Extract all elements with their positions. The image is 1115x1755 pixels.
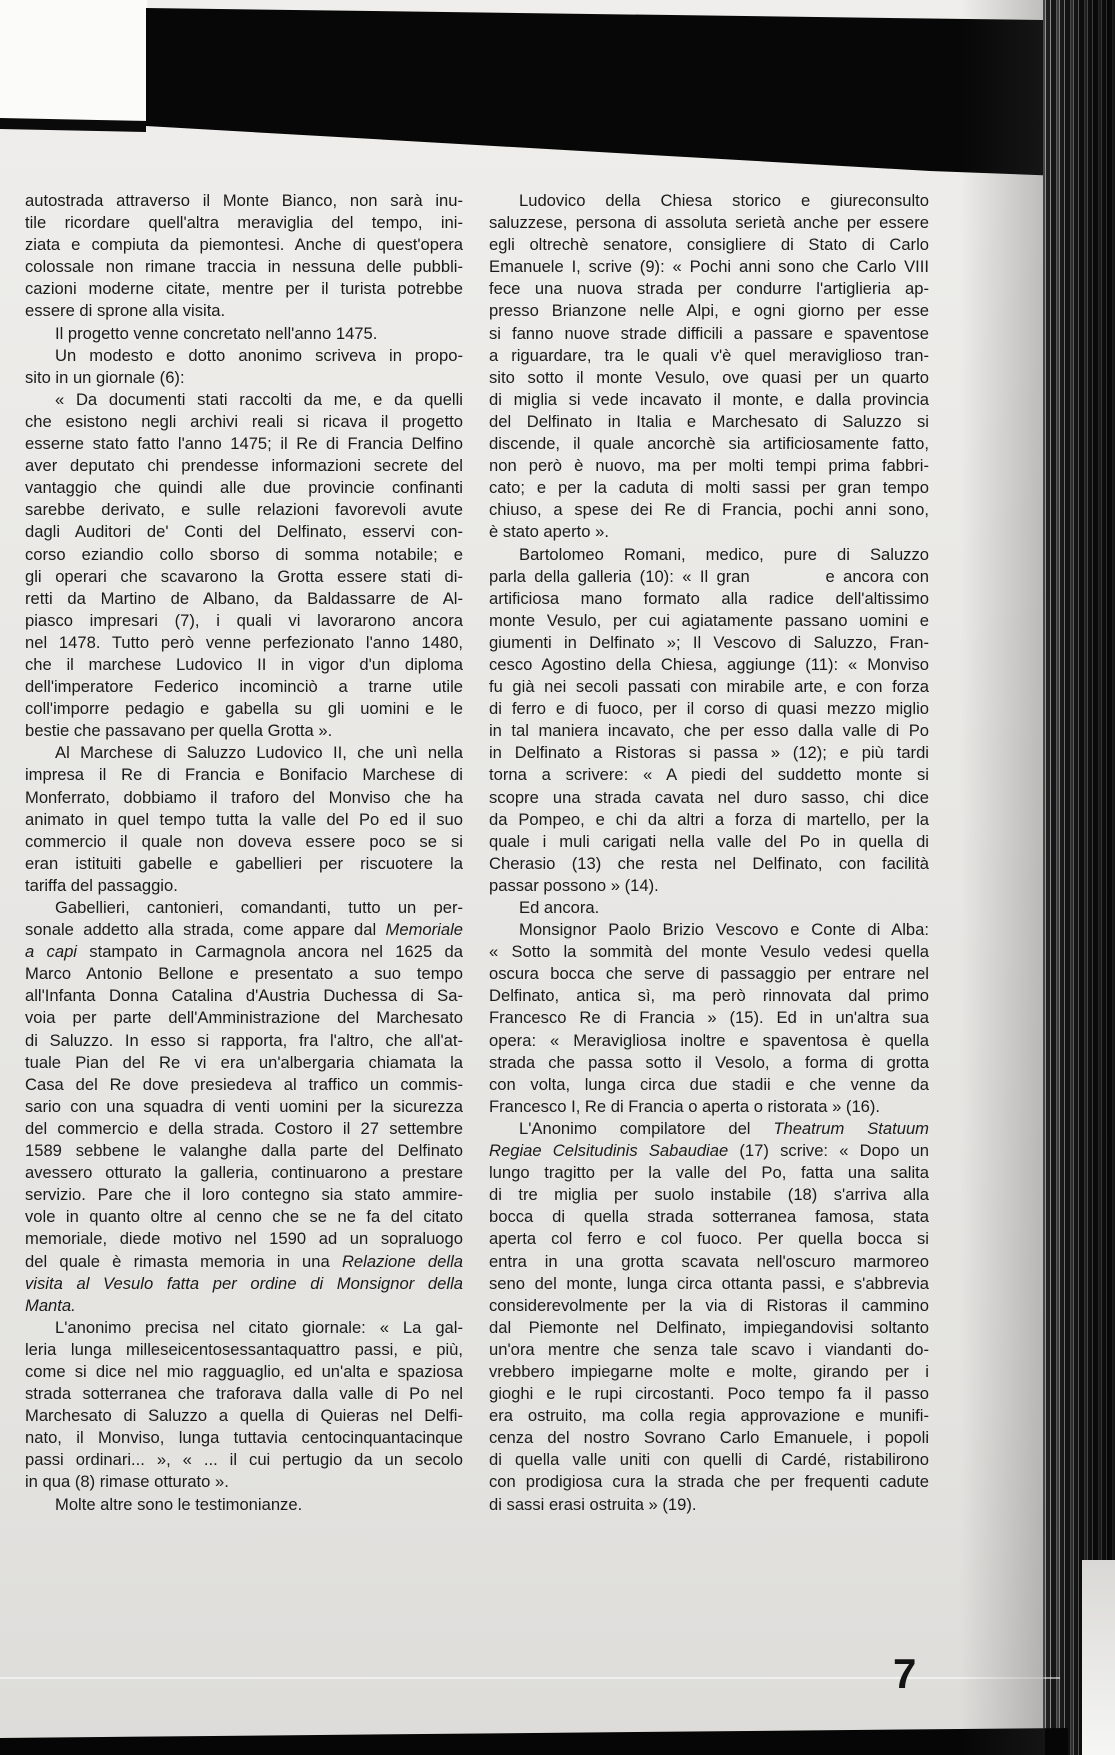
text-line: Un modesto e dotto anonimo scriveva in p…: [25, 345, 463, 367]
text-line: servizio. Pare che il loro contegno sia …: [25, 1184, 463, 1206]
text-line: in Delfinato a Ristoras si passa » (12);…: [489, 742, 929, 764]
text-line: non però è nuovo, ma per molti tempi pri…: [489, 455, 929, 477]
text-line: corso eziandio collo sborso di somma not…: [25, 544, 463, 566]
text-line: Il progetto venne concretato nell'anno 1…: [25, 323, 463, 345]
text-line: da Pompeo, e chi da altri a forza di mar…: [489, 809, 929, 831]
text-line: presso Brianzone nelle Alpi, e ogni gior…: [489, 300, 929, 322]
text-line: discende, il quale ancorchè sia artifici…: [489, 433, 929, 455]
text-line: del Delfinato in Italia e Marchesato di …: [489, 411, 929, 433]
text-line: Monferrato, dobbiamo il traforo del Monv…: [25, 787, 463, 809]
text-line: Ludovico della Chiesa storico e giurecon…: [489, 190, 929, 212]
text-line: Manta.: [25, 1295, 463, 1317]
text-line: che esistono negli archivi reali si rica…: [25, 411, 463, 433]
text-line: strada che passa sotto il Vesolo, a form…: [489, 1052, 929, 1074]
text-line: impresa il Re di Francia e Bonifacio Mar…: [25, 764, 463, 786]
text-line: di ferro e di fuoco, per il corso di qua…: [489, 698, 929, 720]
text-line: retti da Martino de Albano, da Baldassar…: [25, 588, 463, 610]
text-line: di quella valle uniti con quelli di Card…: [489, 1449, 929, 1471]
text-line: sito in un giornale (6):: [25, 367, 463, 389]
text-line: tile ricordare quell'altra meraviglia de…: [25, 212, 463, 234]
text-line: cesco Agostino della Chiesa, aggiunge (1…: [489, 654, 929, 676]
page-number: 7: [893, 1650, 917, 1698]
text-line: tariffa del passaggio.: [25, 875, 463, 897]
text-line: opera: « Meravigliosa inoltre e spavento…: [489, 1030, 929, 1052]
text-line: aperta col ferro e col fuoco. Per quella…: [489, 1228, 929, 1250]
text-line: essere di sprone alla visita.: [25, 300, 463, 322]
text-line: un'ora mentre che senza tale scavo i via…: [489, 1339, 929, 1361]
text-column-right: Ludovico della Chiesa storico e giurecon…: [489, 190, 929, 1516]
text-line: Casa del Re dove presiedeva al traffico …: [25, 1074, 463, 1096]
text-line: saluzzese, persona di assoluta serietà a…: [489, 212, 929, 234]
text-line: seno del monte, lunga circa ottanta pass…: [489, 1273, 929, 1295]
text-line: leria lunga milleseicentosessantaquattro…: [25, 1339, 463, 1361]
text-line: in tal maniera incavato, che per esso da…: [489, 720, 929, 742]
text-line: a riguardare, tra le quali v'è quel mera…: [489, 345, 929, 367]
text-line: chiuso, a spese dei Re di Francia, pochi…: [489, 499, 929, 521]
scan-top-left-margin: [0, 0, 147, 120]
text-line: con prodigiosa cura la strada che per fr…: [489, 1471, 929, 1493]
text-line: di sassi erasi ostruita » (19).: [489, 1494, 929, 1516]
text-line: con volta, lunga circa due stadii e che …: [489, 1074, 929, 1096]
text-line: animato in quel tempo tutta la valle del…: [25, 809, 463, 831]
text-line: all'Infanta Donna Catalina d'Austria Duc…: [25, 985, 463, 1007]
text-line: fu già nei secoli passati con mirabile a…: [489, 676, 929, 698]
text-line: si fanno nuove strade difficili a passar…: [489, 323, 929, 345]
text-line: bocca di quella strada sotterranea famos…: [489, 1206, 929, 1228]
scan-bottom-right-margin: [1082, 1560, 1115, 1755]
text-line: Francesco I, Re di Francia o aperta o ri…: [489, 1096, 929, 1118]
text-line: gioghi e le rupi circostanti. Poco tempo…: [489, 1383, 929, 1405]
text-line: Regiae Celsitudinis Sabaudiae (17) scriv…: [489, 1140, 929, 1162]
scan-top-black-bar: [0, 0, 1115, 200]
text-line: cazioni moderne citate, mentre per il tu…: [25, 278, 463, 300]
text-line: avessero otturato la galleria, continuar…: [25, 1162, 463, 1184]
text-line: 1589 sebbene le valanghe dalla parte del…: [25, 1140, 463, 1162]
text-line: strada sotterranea che traforava dalla v…: [25, 1383, 463, 1405]
text-line: nel 1478. Tutto però venne perfezionato …: [25, 632, 463, 654]
text-line: « Sotto la sommità del monte Vesulo vede…: [489, 941, 929, 963]
text-line: Gabellieri, cantonieri, comandanti, tutt…: [25, 897, 463, 919]
text-line: di tre miglia per suolo instabile (18) s…: [489, 1184, 929, 1206]
text-line: sito sotto il monte Vesulo, ove quasi pe…: [489, 367, 929, 389]
text-line: a capi stampato in Carmagnola ancora nel…: [25, 941, 463, 963]
text-line: Bartolomeo Romani, medico, pure di Saluz…: [489, 544, 929, 566]
text-line: dal Piemonte nel Delfinato, impiegandovi…: [489, 1317, 929, 1339]
text-line: esserne stato fatto l'anno 1475; il Re d…: [25, 433, 463, 455]
text-line: fece una nuova strada per condurre l'art…: [489, 278, 929, 300]
text-line: del commercio e della strada. Costoro il…: [25, 1118, 463, 1140]
text-line: come si dice nel mio ragguaglio, ed un'a…: [25, 1361, 463, 1383]
text-line: cato; e per la caduta di molti sassi per…: [489, 477, 929, 499]
text-line: Molte altre sono le testimonianze.: [25, 1494, 463, 1516]
text-line: commercio il quale non doveva essere poc…: [25, 831, 463, 853]
text-line: egli oltrechè senatore, consigliere di S…: [489, 234, 929, 256]
text-line: monte Vesulo, per cui agiatamente passan…: [489, 610, 929, 632]
text-line: passi ordinari... », « ... il cui pertug…: [25, 1449, 463, 1471]
text-line: cenza del nostro Sovrano Carlo Emanuele,…: [489, 1427, 929, 1449]
text-line: Marchesato di Saluzzo a quella di Quiera…: [25, 1405, 463, 1427]
text-line: colossale non rimane traccia in nessuna …: [25, 256, 463, 278]
text-line: Marco Antonio Bellone e presentato a suo…: [25, 963, 463, 985]
text-line: « Da documenti stati raccolti da me, e d…: [25, 389, 463, 411]
text-line: vrebbero impiegarne molte e molte, giran…: [489, 1361, 929, 1383]
text-line: eran istituiti gabelle e gabellieri per …: [25, 853, 463, 875]
text-line: visita al Vesulo fatta per ordine di Mon…: [25, 1273, 463, 1295]
text-line: parla della galleria (10): « Il gran e a…: [489, 566, 929, 588]
text-line: considerevolmente per la via di Ristoras…: [489, 1295, 929, 1317]
text-line: bestie che passavano per quella Grotta »…: [25, 720, 463, 742]
text-line: quale i muli carigati nella valle del Po…: [489, 831, 929, 853]
text-line: del quale è rimasta memoria in una Relaz…: [25, 1251, 463, 1273]
text-line: torna a scrivere: « A piedi del suddetto…: [489, 764, 929, 786]
book-page-edges: [1043, 0, 1115, 1755]
scanned-book-page: autostrada attraverso il Monte Bianco, n…: [0, 0, 1115, 1755]
text-line: L'Anonimo compilatore del Theatrum Statu…: [489, 1118, 929, 1140]
text-line: L'anonimo precisa nel citato giornale: «…: [25, 1317, 463, 1339]
text-line: sarebbe derivato, e sulle relazioni favo…: [25, 499, 463, 521]
text-line: gli operari che scavarono la Grotta esse…: [25, 566, 463, 588]
text-line: nato, il Monviso, lunga tuttavia centoci…: [25, 1427, 463, 1449]
text-line: coll'imporre pedagio e gabella su gli uo…: [25, 698, 463, 720]
scan-bottom-black-bar: [0, 1722, 1115, 1755]
text-column-left: autostrada attraverso il Monte Bianco, n…: [25, 190, 463, 1516]
text-line: oscura bocca che serve di passaggio per …: [489, 963, 929, 985]
text-line: lungo tragitto per la valle del Po, fatt…: [489, 1162, 929, 1184]
text-line: Ed ancora.: [489, 897, 929, 919]
text-line: dell'imperatore Federico incominciò a tr…: [25, 676, 463, 698]
text-line: in qua (8) rimase otturato ».: [25, 1471, 463, 1493]
text-line: entra in una grotta scavata nell'oscuro …: [489, 1251, 929, 1273]
text-line: autostrada attraverso il Monte Bianco, n…: [25, 190, 463, 212]
text-line: che il marchese Ludovico II in vigor d'u…: [25, 654, 463, 676]
text-line: Cherasio (13) che resta nel Delfinato, c…: [489, 853, 929, 875]
text-line: aver deputato chi prendesse informazioni…: [25, 455, 463, 477]
text-line: vole in quanto oltre al cenno che se ne …: [25, 1206, 463, 1228]
text-line: giumenti in Delfinato »; Il Vescovo di S…: [489, 632, 929, 654]
text-line: sario con una squadra di venti uomini pe…: [25, 1096, 463, 1118]
text-line: Delfinato, antica sì, ma però rinnovata …: [489, 985, 929, 1007]
text-line: voia per parte dell'Amministrazione del …: [25, 1007, 463, 1029]
text-line: Al Marchese di Saluzzo Ludovico II, che …: [25, 742, 463, 764]
text-line: artificiosa mano formato alla radice del…: [489, 588, 929, 610]
text-line: di Saluzzo. In esso si rapporta, fra l'a…: [25, 1030, 463, 1052]
text-line: Francesco Re di Francia » (15). Ed in un…: [489, 1007, 929, 1029]
text-line: ziata e compiuta da piemontesi. Anche di…: [25, 234, 463, 256]
text-line: sonale addetto alla strada, come appare …: [25, 919, 463, 941]
text-line: di miglia si vede incavato il monte, e d…: [489, 389, 929, 411]
text-line: dagli Auditori de' Conti del Delfinato, …: [25, 521, 463, 543]
text-line: Emanuele I, scrive (9): « Pochi anni son…: [489, 256, 929, 278]
text-line: è stato aperto ».: [489, 521, 929, 543]
text-line: memoriale, diede motivo nel 1590 ad un s…: [25, 1228, 463, 1250]
text-line: vantaggio che quindi alle due provincie …: [25, 477, 463, 499]
text-line: scopre una strada cavata nel duro sasso,…: [489, 787, 929, 809]
text-line: piasco impresari (7), i quali vi lavorar…: [25, 610, 463, 632]
text-line: tuale Pian del Re vi era un'albergaria c…: [25, 1052, 463, 1074]
text-line: Monsignor Paolo Brizio Vescovo e Conte d…: [489, 919, 929, 941]
text-line: passar possono » (14).: [489, 875, 929, 897]
text-line: era ostruito, ma colla regia approvazion…: [489, 1405, 929, 1427]
